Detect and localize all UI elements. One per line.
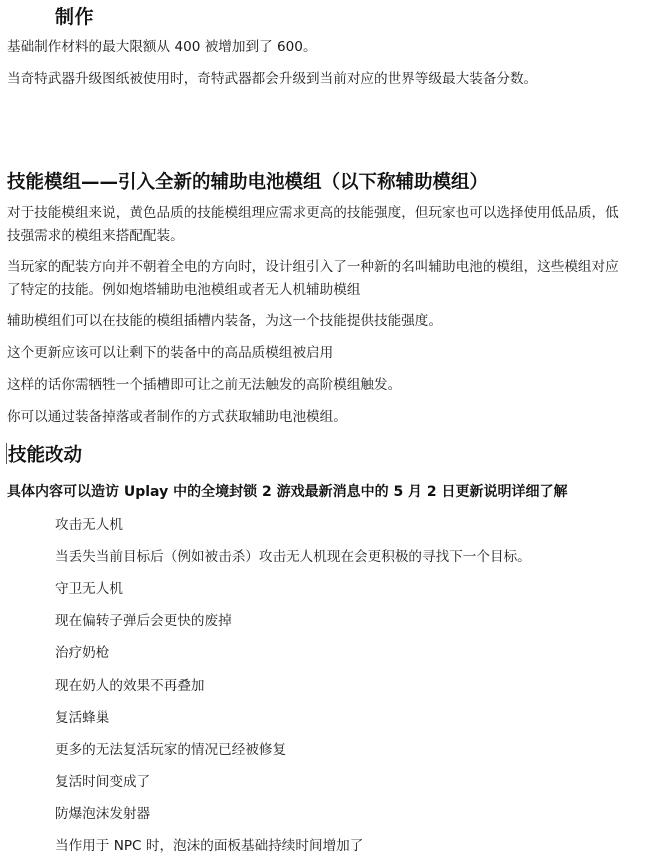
skill-changes-heading: 技能改动 bbox=[8, 441, 82, 467]
skill-name: 守卫无人机 bbox=[55, 577, 123, 597]
skill-name: 攻击无人机 bbox=[55, 513, 123, 533]
skill-mods-paragraph: 辅助模组们可以在技能的模组插槽内装备，为这一个技能提供技能强度。 bbox=[7, 310, 442, 333]
skill-name: 防爆泡沫发射器 bbox=[55, 802, 150, 822]
skill-mods-paragraph: 这个更新应该可以让剩下的装备中的高品质模组被启用 bbox=[7, 342, 333, 365]
skill-name: 复活蜂巢 bbox=[55, 706, 109, 726]
skill-change-detail: 当丢失当前目标后（例如被击杀）攻击无人机现在会更积极的寻找下一个目标。 bbox=[55, 545, 531, 565]
skill-mods-paragraph: 这样的话你需牺牲一个插槽即可让之前无法触发的高阶模组触发。 bbox=[7, 374, 401, 397]
heading-marker bbox=[6, 443, 7, 464]
skill-change-detail: 当作用于 NPC 时，泡沫的面板基础持续时间增加了 bbox=[55, 834, 363, 854]
skill-mods-paragraph: 当玩家的配装方向并不朝着全电的方向时，设计组引入了一种新的名叫辅助电池的模组，这… bbox=[7, 256, 632, 302]
skill-change-detail: 现在偏转子弹后会更快的废掉 bbox=[55, 609, 232, 629]
skill-changes-note: 具体内容可以造访 Uplay 中的全境封锁 2 游戏最新消息中的 5 月 2 日… bbox=[7, 481, 568, 501]
skill-change-detail: 现在奶人的效果不再叠加 bbox=[55, 674, 205, 694]
skill-name: 治疗奶枪 bbox=[55, 641, 109, 661]
skill-mods-paragraph: 对于技能模组来说，黄色品质的技能模组理应需求更高的技能强度，但玩家也可以选择使用… bbox=[7, 202, 632, 248]
skill-mods-paragraph: 你可以通过装备掉落或者制作的方式获取辅助电池模组。 bbox=[7, 406, 347, 429]
crafting-paragraph: 基础制作材料的最大限额从 400 被增加到了 600。 bbox=[7, 36, 317, 59]
crafting-paragraph: 当奇特武器升级图纸被使用时，奇特武器都会升级到当前对应的世界等级最大装备分数。 bbox=[7, 68, 537, 91]
skill-change-detail: 更多的无法复活玩家的情况已经被修复 bbox=[55, 738, 286, 758]
skill-mods-heading: 技能模组——引入全新的辅助电池模组（以下称辅助模组） bbox=[7, 168, 488, 194]
skill-change-detail: 复活时间变成了 bbox=[55, 770, 150, 790]
crafting-heading: 制作 bbox=[55, 2, 94, 29]
